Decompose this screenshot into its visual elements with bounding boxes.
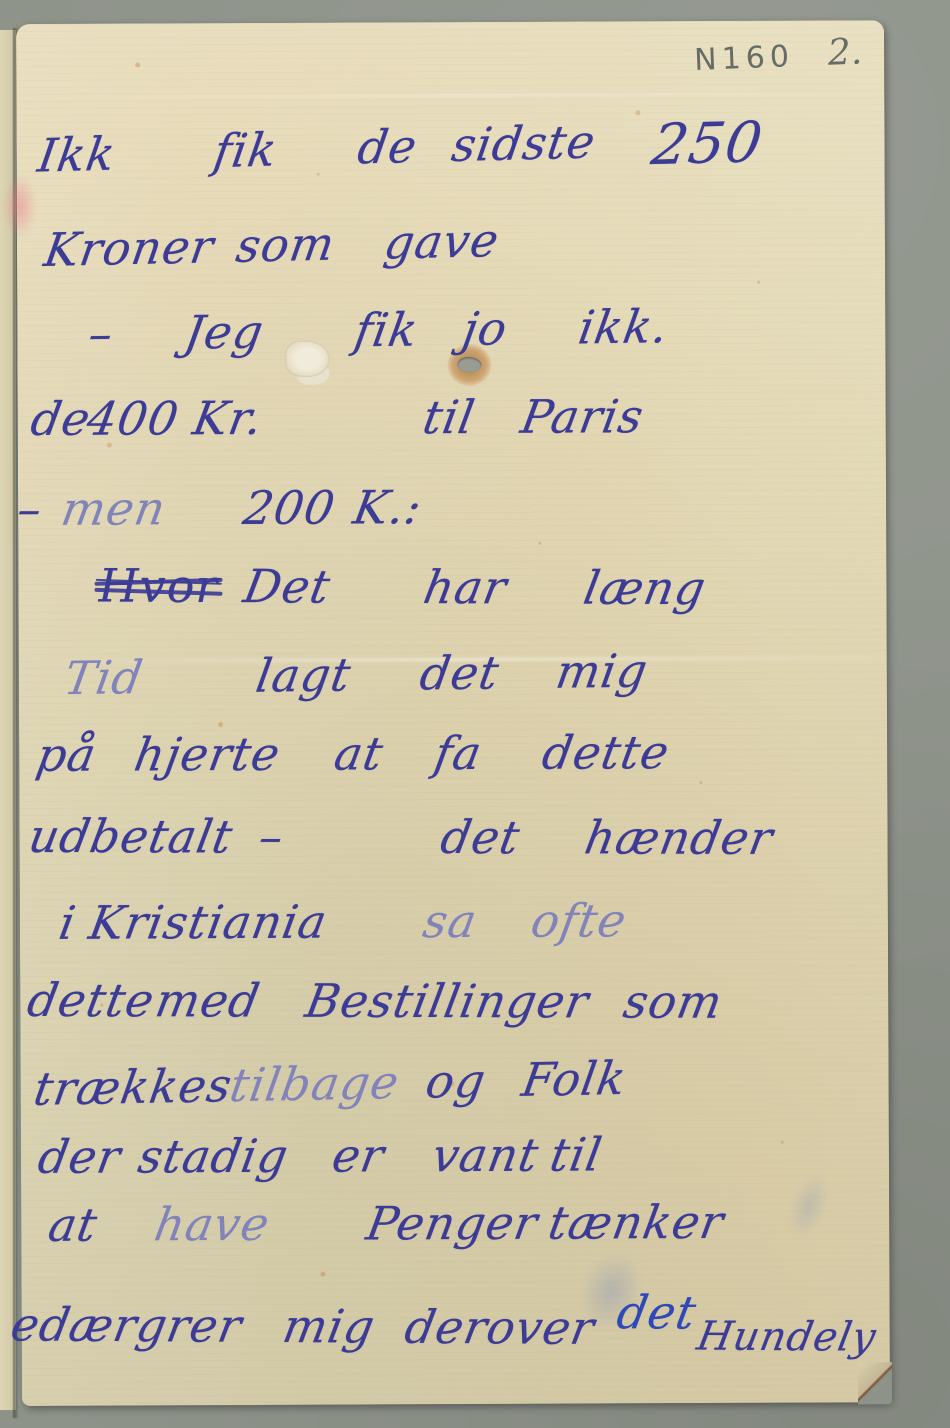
handwritten-word: med [151,973,264,1027]
handwritten-word: sa [419,894,481,948]
handwritten-word: er [328,1128,389,1182]
handwritten-word: læng [580,561,711,615]
handwritten-word: som [619,975,727,1029]
handwritten-word: hænder [581,810,778,864]
handwritten-word: fa [431,726,487,780]
handwritten-word: tænker [545,1195,729,1250]
handwritten-word: og [422,1053,490,1108]
handwritten-word: fik [351,302,422,357]
handwritten-word: at [45,1198,102,1252]
handwritten-word: mig [279,1299,380,1353]
handwritten-word: have [151,1197,275,1252]
folded-corner [858,1362,892,1404]
manuscript-page: N160 2. Ikkfikdesidste250Kronersomgave–J… [16,20,890,1406]
handwritten-word: ed [7,1297,76,1351]
page-number: 2. [827,31,863,73]
handwritten-word: ikk. [575,299,673,354]
handwritten-word: dette [539,725,674,780]
handwritten-word: Bestillinger [301,974,593,1029]
handwritten-word: jo [459,301,512,356]
pencil-annotation: N160 2. [693,31,863,79]
handwritten-word: der [34,1130,125,1184]
handwritten-word: Hundely [694,1314,880,1361]
handwritten-word: udbetalt [25,809,238,864]
manuscript-lines: Ikkfikdesidste250Kronersomgave–Jegfikjoi… [16,20,884,24]
handwritten-word: tilbage [226,1055,403,1112]
handwritten-word: Jeg [181,305,268,360]
handwritten-word: Ikk [34,126,119,182]
handwritten-word: men [57,481,170,535]
handwritten-word: 250 [648,110,768,178]
handwritten-word: gave [381,213,503,270]
handwritten-word: det [613,1285,701,1339]
manuscript-line: derstadigervanttil [21,1126,889,1200]
struck-out-word: Hvor [98,559,218,614]
handwritten-word: 200 [239,481,339,535]
handwritten-word: Paris [517,389,648,444]
manuscript-line: de400Kr.tilParis [18,388,886,462]
manuscript-line: iKristianiasaofte [20,892,888,966]
handwritten-word: Kroner [41,219,218,277]
handwritten-word: Folk [518,1051,630,1107]
manuscript-line: HvorDetharlæng [18,558,886,632]
handwritten-word: K.: [349,480,426,534]
scanned-document-background: { "document": { "kind": "handwritten let… [0,0,950,1428]
handwritten-word: i [55,896,80,950]
handwritten-word: – [85,306,118,360]
handwritten-word: fik [210,122,281,178]
handwritten-word: har [420,560,512,614]
handwritten-word: derover [401,1300,599,1355]
foxing-spots [16,24,19,27]
handwritten-word: det [416,645,503,700]
handwritten-word: Tid [60,650,147,705]
handwritten-word: Kr. [189,391,267,445]
handwritten-word: vant [428,1128,543,1183]
handwritten-word: ærgrer [65,1298,247,1353]
catalog-number: N160 [694,39,795,78]
handwritten-word: lagt [252,647,355,702]
handwritten-word: at [331,726,388,780]
manuscript-line: –Jegfikjoikk. [17,296,886,377]
handwritten-word: dette [23,973,159,1027]
handwritten-word: til [419,390,479,444]
handwritten-word: Penger [363,1196,543,1251]
manuscript-line: Ikkfikdesidste250 [16,107,885,199]
handwritten-word: som [233,217,339,273]
crease-line [16,92,884,99]
handwritten-word: stadig [134,1129,292,1184]
handwritten-word: ofte [527,893,631,947]
handwritten-word: de [354,119,421,175]
manuscript-line: trækkestilbageogFolk [20,1046,889,1132]
handwritten-word: Kristiania [85,895,331,950]
handwritten-word: 400 [83,391,183,445]
handwritten-word: – [255,810,289,864]
handwritten-word: – [13,482,46,536]
manuscript-line: –men200K.: [18,478,886,552]
handwritten-word: Det [240,559,335,613]
manuscript-line: Kronersomgave [16,205,885,294]
handwritten-word: mig [552,643,652,698]
handwritten-word: på [33,728,101,782]
manuscript-line: Tidlagtdetmig [18,640,887,721]
handwritten-word: sidste [448,114,599,172]
manuscript-line: udbetalt–dethænder [19,809,887,881]
manuscript-line: edærgrermigderoverdetHundely [22,1297,890,1372]
handwritten-word: til [546,1127,606,1181]
manuscript-line: athavePengertænker [21,1194,889,1268]
handwritten-word: trækkes [30,1058,236,1116]
handwritten-word: det [437,810,525,864]
manuscript-line: dettemedBestillingersom [20,973,888,1045]
handwritten-word: hjerte [131,727,285,782]
manuscript-line: påhjerteatfadette [19,724,887,798]
